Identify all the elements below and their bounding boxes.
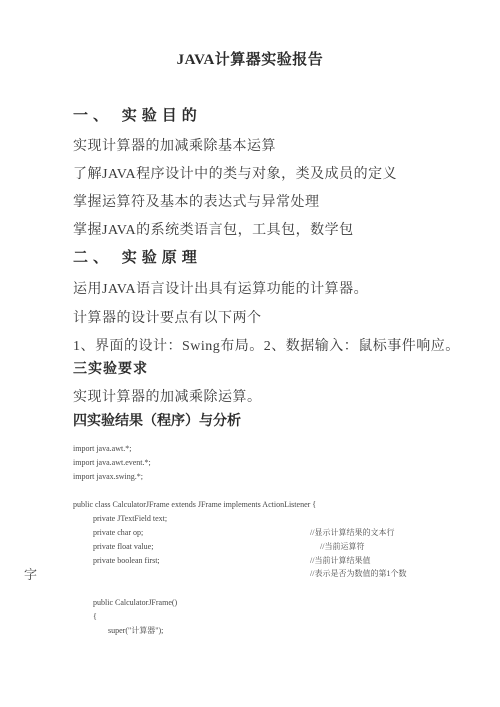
code-line: public CalculatorJFrame() (0, 597, 500, 609)
code-text: import javax.swing.*; (73, 471, 143, 482)
code-comment: //显示计算结果的文本行 (310, 527, 394, 538)
code-text: private boolean first; (93, 555, 160, 566)
section-2-heading: 二、 实验原理 (73, 249, 202, 268)
code-comment: //当前计算结果值 (310, 555, 370, 566)
code-text: { (93, 611, 97, 622)
code-line: { (0, 611, 500, 623)
document-page: JAVA计算器实验报告 一、 实验目的 实现计算器的加减乘除基本运算 了解JAV… (0, 0, 500, 707)
code-line: import java.awt.*; (0, 443, 500, 455)
paragraph: 运用JAVA语言设计出具有运算功能的计算器。 (73, 280, 368, 299)
code-text: public class CalculatorJFrame extends JF… (73, 499, 316, 510)
code-text: import java.awt.event.*; (73, 457, 151, 468)
code-line: 字 //表示是否为数值的第1个数 (0, 568, 500, 580)
document-title: JAVA计算器实验报告 (0, 51, 500, 70)
paragraph: 了解JAVA程序设计中的类与对象，类及成员的定义 (73, 165, 397, 184)
code-line: private boolean first; //当前计算结果值 (0, 555, 500, 567)
code-line: public class CalculatorJFrame extends JF… (0, 499, 500, 511)
paragraph: 1、界面的设计：Swing布局。2、数据输入：鼠标事件响应。 (73, 337, 460, 356)
section-1-heading: 一、 实验目的 (73, 107, 202, 126)
code-line: import javax.swing.*; (0, 471, 500, 483)
section-4-heading: 四实验结果（程序）与分析 (73, 412, 241, 431)
code-text: private char op; (93, 527, 143, 538)
code-text: super("计算器"); (108, 625, 163, 636)
code-text: private float value; (93, 541, 153, 552)
section-3-heading: 三实验要求 (73, 360, 148, 379)
code-comment: //当前运算符 (320, 541, 364, 552)
paragraph: 掌握JAVA的系统类语言包，工具包，数学包 (73, 221, 354, 240)
paragraph: 掌握运算符及基本的表达式与异常处理 (73, 193, 320, 212)
code-line: import java.awt.event.*; (0, 457, 500, 469)
code-text: 字 (24, 568, 37, 582)
code-comment: //表示是否为数值的第1个数 (310, 568, 406, 579)
code-text: import java.awt.*; (73, 443, 131, 454)
paragraph: 计算器的设计要点有以下两个 (73, 309, 262, 328)
code-text: private JTextField text; (93, 513, 167, 524)
code-line: private JTextField text; (0, 513, 500, 525)
paragraph: 实现计算器的加减乘除运算。 (73, 388, 262, 407)
code-line: super("计算器"); (0, 625, 500, 637)
paragraph: 实现计算器的加减乘除基本运算 (73, 137, 276, 156)
code-line: private float value; //当前运算符 (0, 541, 500, 553)
code-line: private char op; //显示计算结果的文本行 (0, 527, 500, 539)
code-text: public CalculatorJFrame() (93, 597, 177, 608)
